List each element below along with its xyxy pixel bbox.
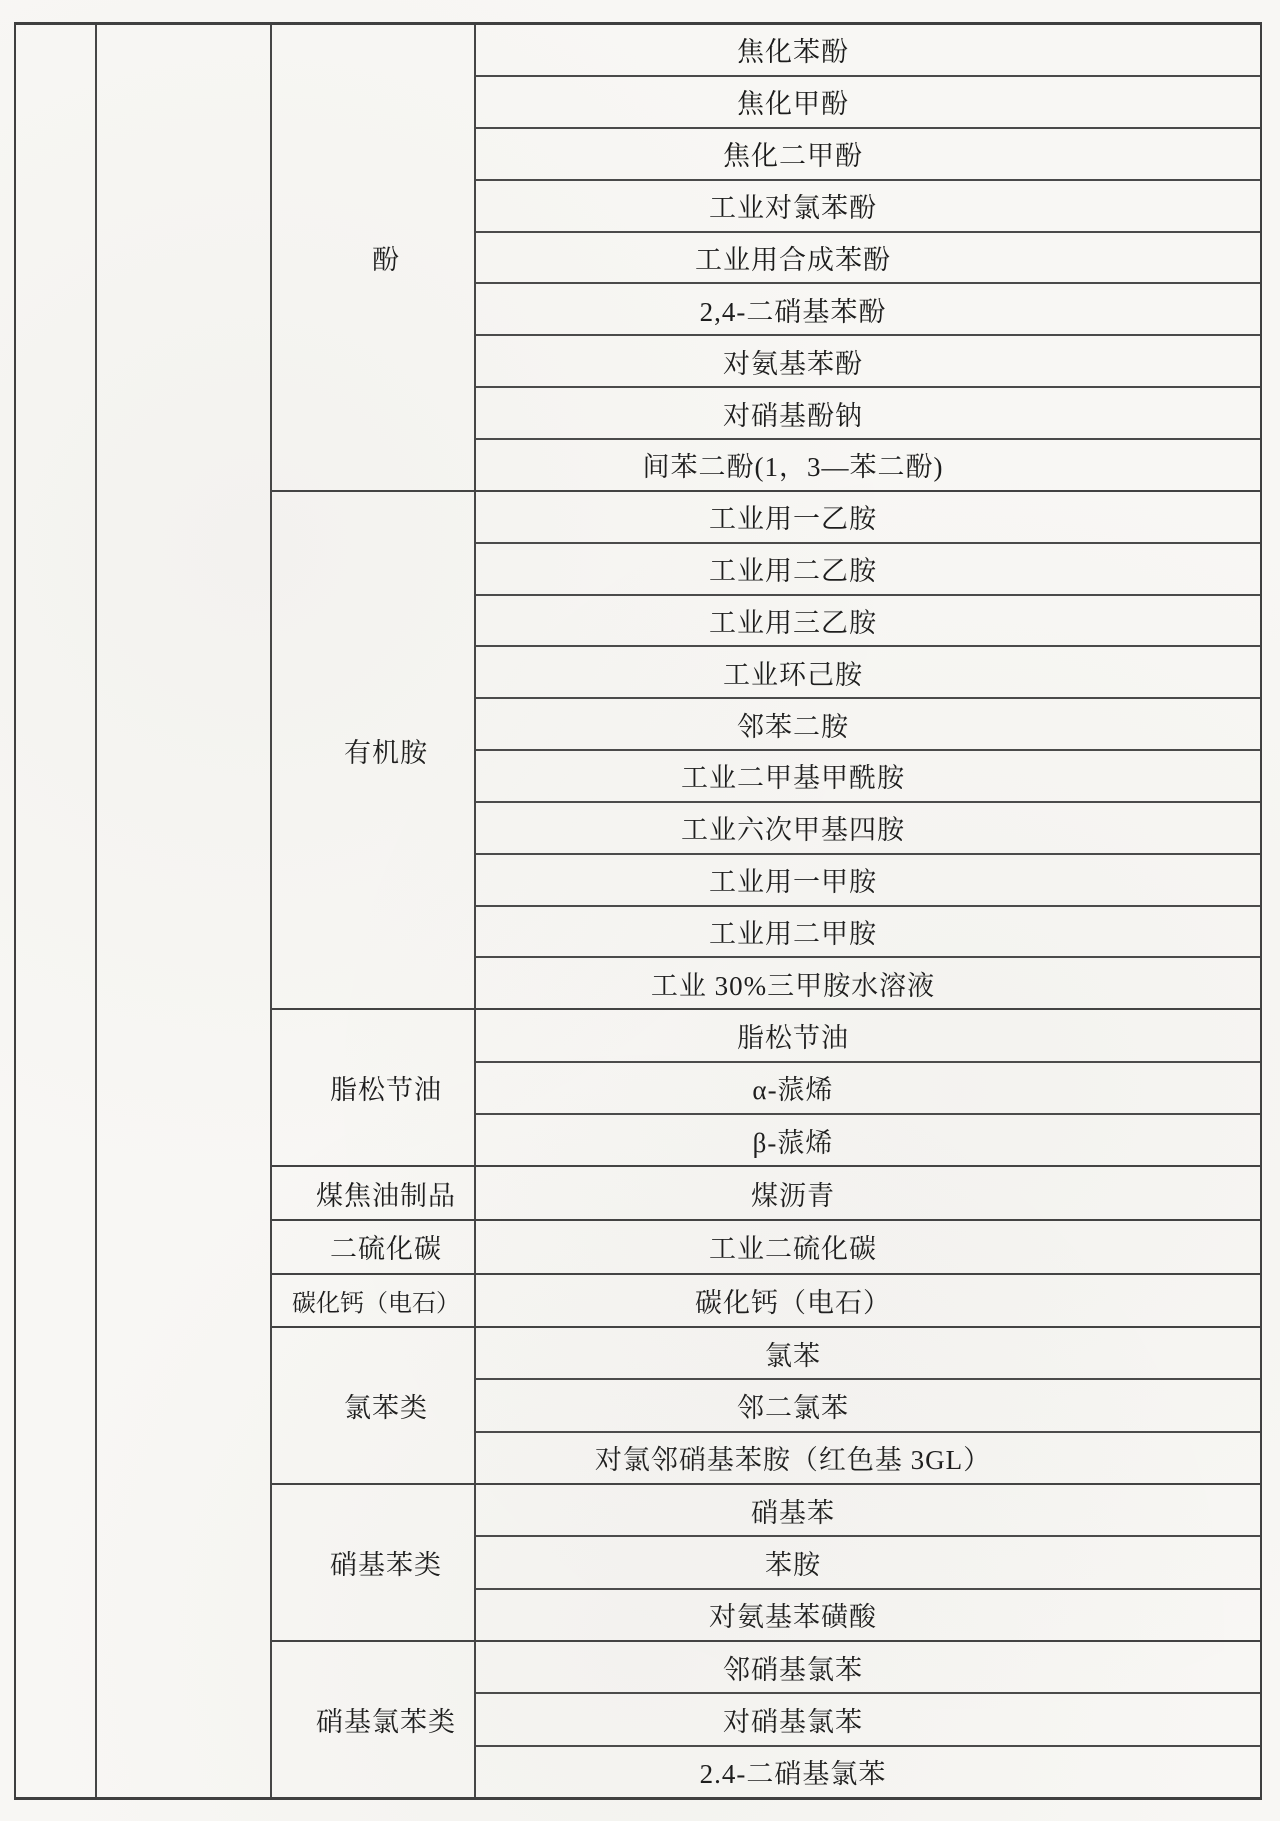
item-label: 对氨基苯磺酸 bbox=[709, 1595, 877, 1634]
category-group: 氯苯类氯苯邻二氯苯对氯邻硝基苯胺（红色基 3GL） bbox=[272, 1328, 1260, 1485]
item-list: 焦化苯酚焦化甲酚焦化二甲酚工业对氯苯酚工业用合成苯酚2,4-二硝基苯酚对氨基苯酚… bbox=[476, 25, 1260, 490]
item-cell: 工业用二甲胺 bbox=[476, 907, 1260, 959]
item-cell: 对硝基氯苯 bbox=[476, 1694, 1260, 1746]
item-label: 工业对氯苯酚 bbox=[709, 186, 877, 225]
item-label: 工业用三乙胺 bbox=[709, 601, 877, 640]
category-cell: 有机胺 bbox=[272, 492, 476, 1008]
category-group: 二硫化碳工业二硫化碳 bbox=[272, 1221, 1260, 1275]
item-label: 焦化二甲酚 bbox=[723, 134, 863, 173]
item-list: 碳化钙（电石） bbox=[476, 1275, 1260, 1327]
item-cell: β-蒎烯 bbox=[476, 1115, 1260, 1165]
item-list: 氯苯邻二氯苯对氯邻硝基苯胺（红色基 3GL） bbox=[476, 1328, 1260, 1483]
category-cell: 氯苯类 bbox=[272, 1328, 476, 1483]
products-table: 酚焦化苯酚焦化甲酚焦化二甲酚工业对氯苯酚工业用合成苯酚2,4-二硝基苯酚对氨基苯… bbox=[14, 22, 1262, 1800]
category-group: 酚焦化苯酚焦化甲酚焦化二甲酚工业对氯苯酚工业用合成苯酚2,4-二硝基苯酚对氨基苯… bbox=[272, 25, 1260, 492]
item-cell: 苯胺 bbox=[476, 1537, 1260, 1589]
item-label: 对氨基苯酚 bbox=[723, 342, 863, 381]
item-list: 邻硝基氯苯对硝基氯苯2.4-二硝基氯苯 bbox=[476, 1642, 1260, 1797]
item-cell: 间苯二酚(1，3—苯二酚) bbox=[476, 440, 1260, 490]
item-list: 工业二硫化碳 bbox=[476, 1221, 1260, 1273]
item-label: 工业二硫化碳 bbox=[709, 1227, 877, 1266]
item-label: 工业用合成苯酚 bbox=[695, 238, 891, 277]
item-label: α-蒎烯 bbox=[752, 1068, 833, 1107]
item-cell: 工业环己胺 bbox=[476, 647, 1260, 699]
item-label: 对硝基氯苯 bbox=[723, 1700, 863, 1739]
table-groups: 酚焦化苯酚焦化甲酚焦化二甲酚工业对氯苯酚工业用合成苯酚2,4-二硝基苯酚对氨基苯… bbox=[272, 25, 1260, 1797]
item-cell: 脂松节油 bbox=[476, 1010, 1260, 1062]
item-label: 工业用一乙胺 bbox=[709, 497, 877, 536]
item-cell: 焦化甲酚 bbox=[476, 77, 1260, 129]
empty-column-divider-1 bbox=[95, 25, 97, 1797]
item-cell: 对氯邻硝基苯胺（红色基 3GL） bbox=[476, 1433, 1260, 1483]
category-cell: 煤焦油制品 bbox=[272, 1167, 476, 1219]
item-list: 脂松节油α-蒎烯β-蒎烯 bbox=[476, 1010, 1260, 1165]
category-group: 碳化钙（电石）碳化钙（电石） bbox=[272, 1275, 1260, 1329]
item-label: 工业二甲基甲酰胺 bbox=[681, 756, 905, 795]
category-label: 硝基氯苯类 bbox=[316, 1700, 456, 1739]
item-cell: 工业二甲基甲酰胺 bbox=[476, 751, 1260, 803]
category-group: 硝基氯苯类邻硝基氯苯对硝基氯苯2.4-二硝基氯苯 bbox=[272, 1642, 1260, 1797]
category-group: 煤焦油制品煤沥青 bbox=[272, 1167, 1260, 1221]
item-label: 对硝基酚钠 bbox=[723, 394, 863, 433]
item-label: 工业用一甲胺 bbox=[709, 860, 877, 899]
item-label: 氯苯 bbox=[765, 1334, 821, 1373]
item-cell: 邻二氯苯 bbox=[476, 1380, 1260, 1432]
item-cell: 邻苯二胺 bbox=[476, 699, 1260, 751]
item-cell: 工业用一乙胺 bbox=[476, 492, 1260, 544]
item-cell: 焦化二甲酚 bbox=[476, 129, 1260, 181]
category-cell: 二硫化碳 bbox=[272, 1221, 476, 1273]
item-list: 硝基苯苯胺对氨基苯磺酸 bbox=[476, 1485, 1260, 1640]
item-label: 2.4-二硝基氯苯 bbox=[700, 1752, 887, 1791]
item-cell: 工业二硫化碳 bbox=[476, 1221, 1260, 1273]
item-cell: 工业用一甲胺 bbox=[476, 855, 1260, 907]
item-cell: 2,4-二硝基苯酚 bbox=[476, 284, 1260, 336]
document-page: 酚焦化苯酚焦化甲酚焦化二甲酚工业对氯苯酚工业用合成苯酚2,4-二硝基苯酚对氨基苯… bbox=[0, 0, 1280, 1821]
category-label: 二硫化碳 bbox=[330, 1227, 442, 1266]
category-label: 有机胺 bbox=[344, 731, 428, 770]
item-cell: 工业对氯苯酚 bbox=[476, 181, 1260, 233]
item-cell: α-蒎烯 bbox=[476, 1063, 1260, 1115]
category-cell: 硝基苯类 bbox=[272, 1485, 476, 1640]
item-cell: 工业六次甲基四胺 bbox=[476, 803, 1260, 855]
category-label: 酚 bbox=[372, 238, 400, 277]
item-label: 工业用二甲胺 bbox=[709, 912, 877, 951]
item-cell: 邻硝基氯苯 bbox=[476, 1642, 1260, 1694]
category-group: 硝基苯类硝基苯苯胺对氨基苯磺酸 bbox=[272, 1485, 1260, 1642]
item-label: 苯胺 bbox=[765, 1543, 821, 1582]
item-label: 工业 30%三甲胺水溶液 bbox=[651, 964, 935, 1003]
item-label: 邻硝基氯苯 bbox=[723, 1648, 863, 1687]
item-list: 工业用一乙胺工业用二乙胺工业用三乙胺工业环己胺邻苯二胺工业二甲基甲酰胺工业六次甲… bbox=[476, 492, 1260, 1008]
item-label: β-蒎烯 bbox=[753, 1121, 834, 1160]
item-list: 煤沥青 bbox=[476, 1167, 1260, 1219]
category-label: 碳化钙（电石） bbox=[292, 1283, 460, 1318]
category-cell: 脂松节油 bbox=[272, 1010, 476, 1165]
item-label: 煤沥青 bbox=[751, 1174, 835, 1213]
item-label: 焦化苯酚 bbox=[737, 30, 849, 69]
item-cell: 氯苯 bbox=[476, 1328, 1260, 1380]
category-cell: 碳化钙（电石） bbox=[272, 1275, 476, 1327]
item-cell: 对硝基酚钠 bbox=[476, 388, 1260, 440]
item-label: 工业用二乙胺 bbox=[709, 549, 877, 588]
item-cell: 工业 30%三甲胺水溶液 bbox=[476, 958, 1260, 1008]
category-label: 硝基苯类 bbox=[330, 1543, 442, 1582]
category-group: 有机胺工业用一乙胺工业用二乙胺工业用三乙胺工业环己胺邻苯二胺工业二甲基甲酰胺工业… bbox=[272, 492, 1260, 1010]
item-label: 对氯邻硝基苯胺（红色基 3GL） bbox=[595, 1438, 991, 1477]
item-cell: 对氨基苯酚 bbox=[476, 336, 1260, 388]
item-cell: 工业用三乙胺 bbox=[476, 596, 1260, 648]
category-cell: 硝基氯苯类 bbox=[272, 1642, 476, 1797]
item-label: 间苯二酚(1，3—苯二酚) bbox=[643, 445, 944, 484]
category-label: 脂松节油 bbox=[330, 1068, 442, 1107]
category-cell: 酚 bbox=[272, 25, 476, 490]
item-cell: 工业用二乙胺 bbox=[476, 544, 1260, 596]
item-label: 邻苯二胺 bbox=[737, 705, 849, 744]
item-cell: 碳化钙（电石） bbox=[476, 1275, 1260, 1327]
item-cell: 工业用合成苯酚 bbox=[476, 233, 1260, 285]
item-cell: 2.4-二硝基氯苯 bbox=[476, 1747, 1260, 1797]
category-group: 脂松节油脂松节油α-蒎烯β-蒎烯 bbox=[272, 1010, 1260, 1167]
item-label: 2,4-二硝基苯酚 bbox=[700, 290, 887, 329]
item-label: 脂松节油 bbox=[737, 1016, 849, 1055]
item-label: 硝基苯 bbox=[751, 1491, 835, 1530]
item-label: 工业六次甲基四胺 bbox=[681, 808, 905, 847]
item-cell: 硝基苯 bbox=[476, 1485, 1260, 1537]
item-label: 碳化钙（电石） bbox=[695, 1281, 891, 1320]
item-label: 焦化甲酚 bbox=[737, 82, 849, 121]
category-label: 氯苯类 bbox=[344, 1386, 428, 1425]
item-label: 工业环己胺 bbox=[723, 653, 863, 692]
item-label: 邻二氯苯 bbox=[737, 1386, 849, 1425]
item-cell: 焦化苯酚 bbox=[476, 25, 1260, 77]
item-cell: 煤沥青 bbox=[476, 1167, 1260, 1219]
item-cell: 对氨基苯磺酸 bbox=[476, 1590, 1260, 1640]
category-label: 煤焦油制品 bbox=[316, 1174, 456, 1213]
